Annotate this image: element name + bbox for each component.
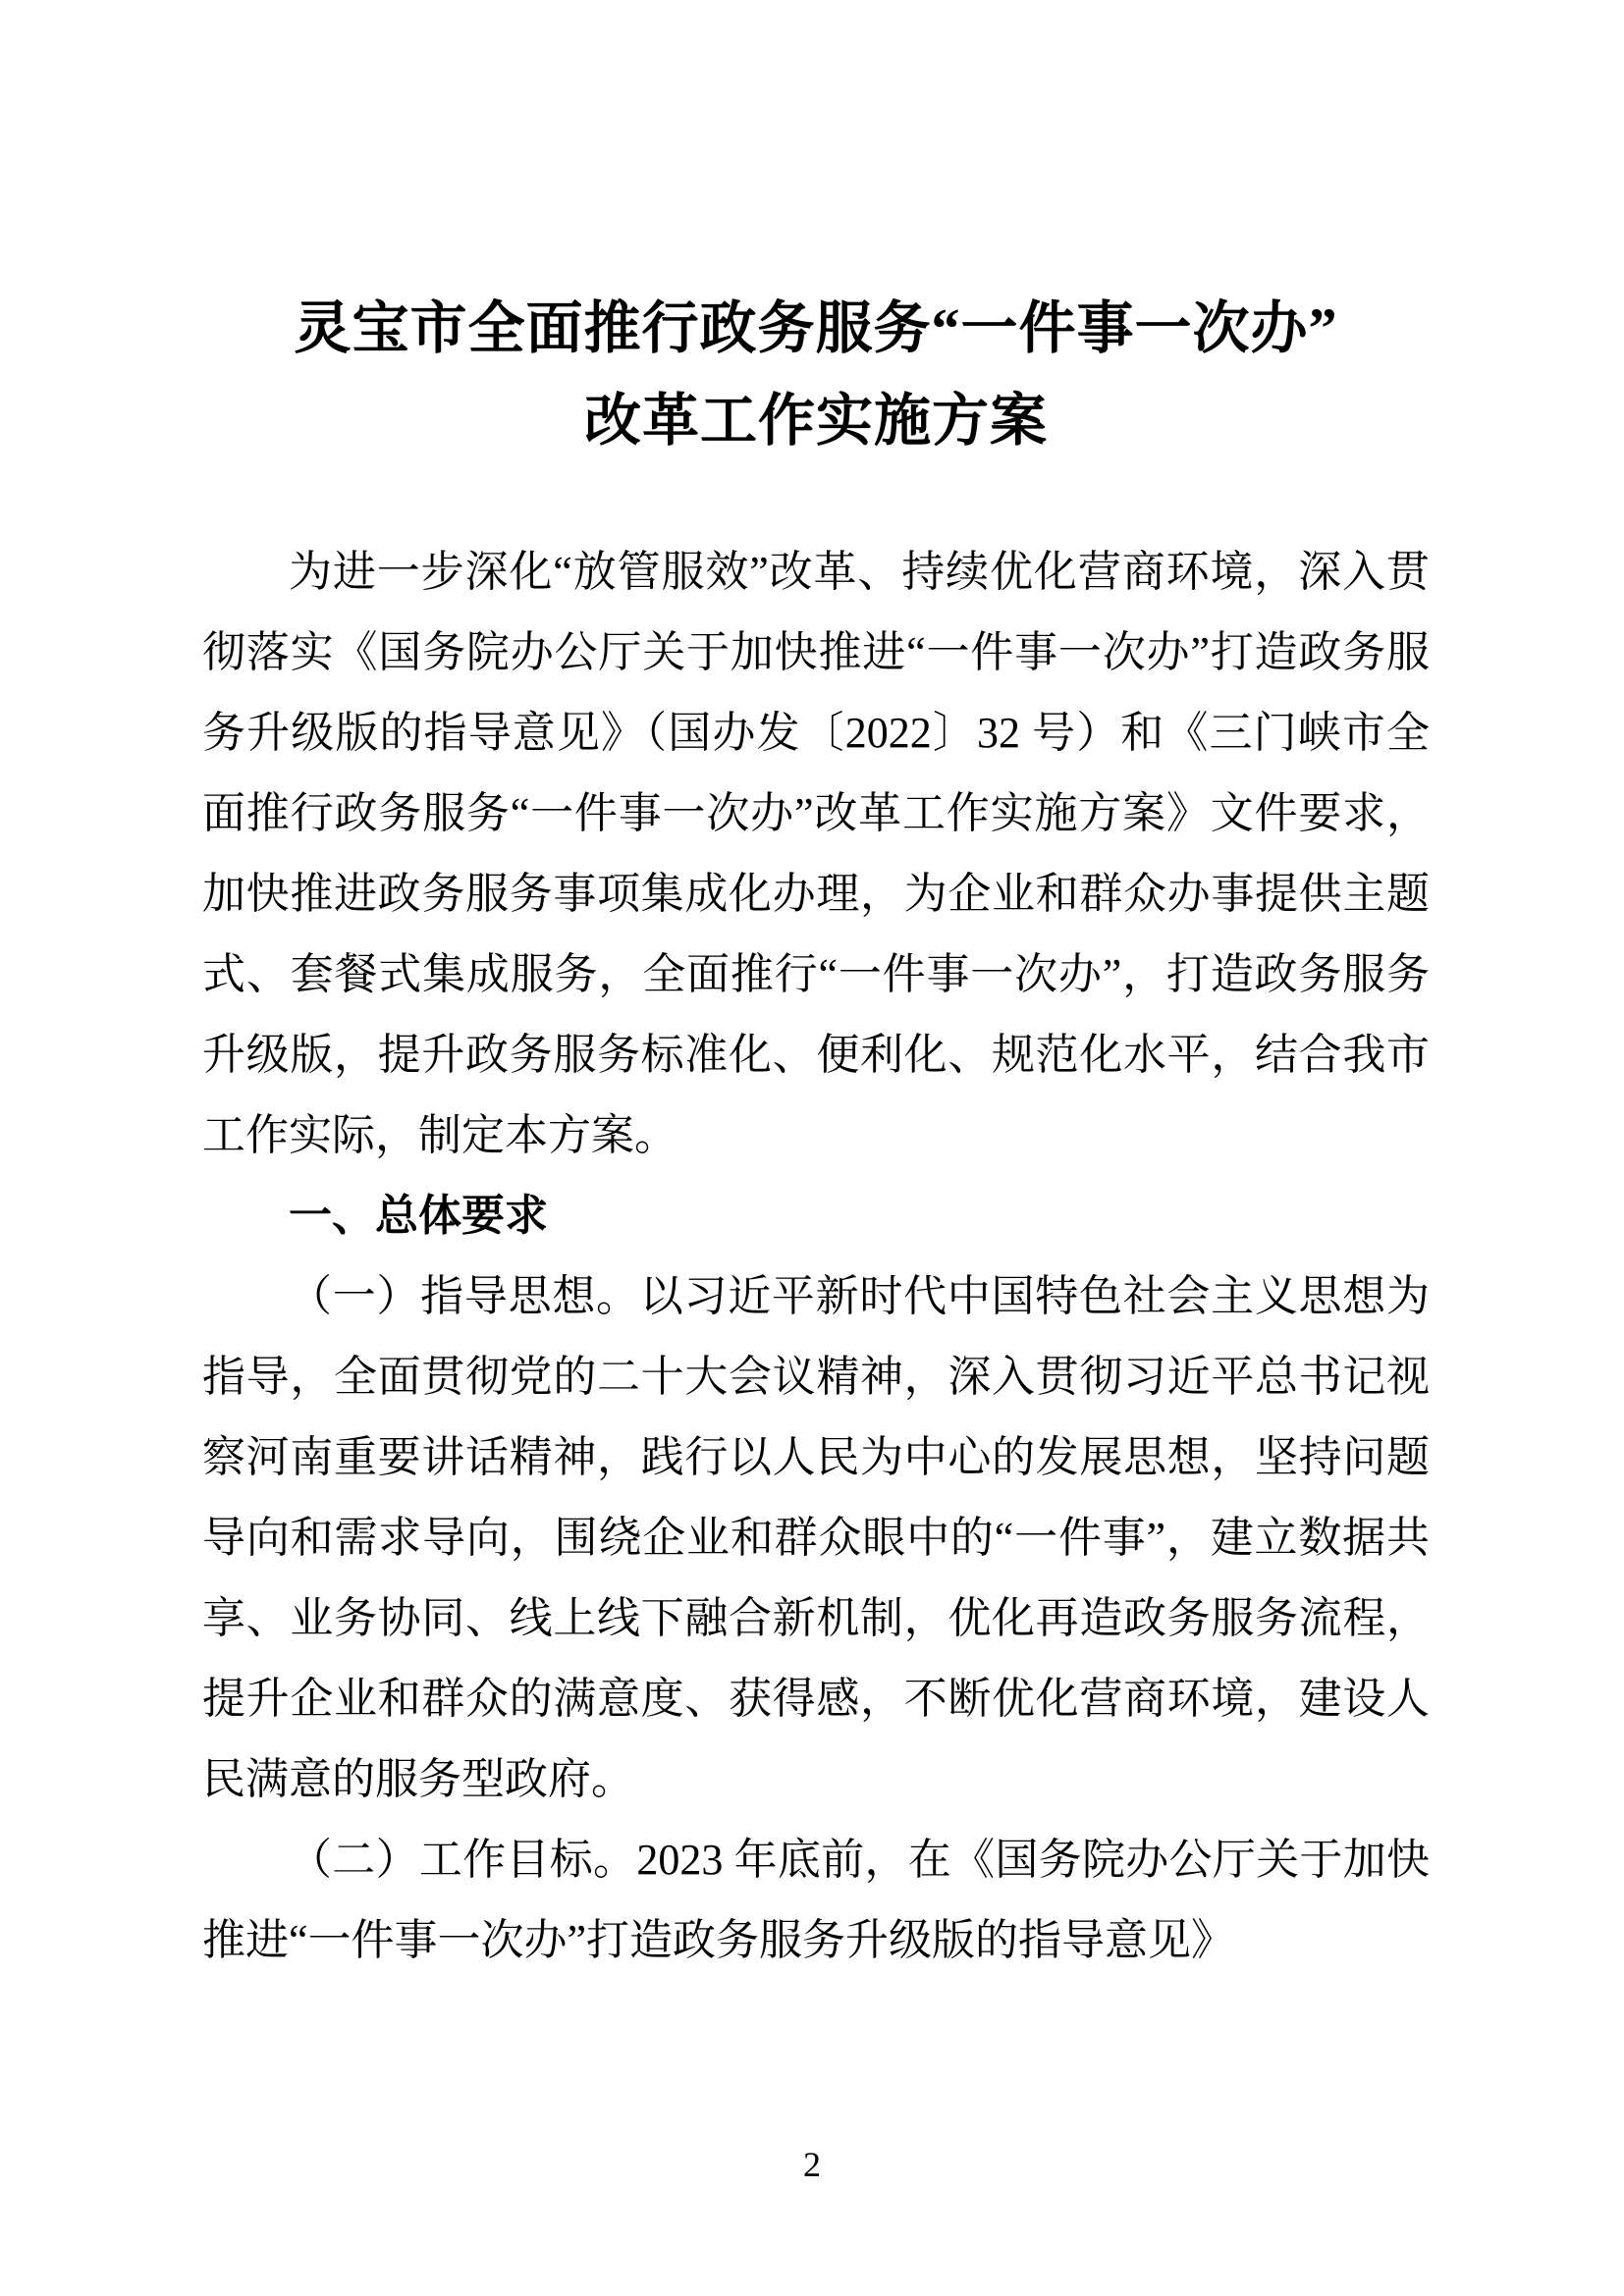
page-number: 2 — [0, 2143, 1624, 2186]
paragraph-guiding-ideology: （一）指导思想。以习近平新时代中国特色社会主义思想为指导，全面贯彻党的二十大会议… — [202, 1256, 1430, 1820]
document-content: 灵宝市全面推行政务服务“一件事一次办” 改革工作实施方案 为进一步深化“放管服效… — [0, 283, 1624, 1981]
heading-general-requirements: 一、总体要求 — [202, 1176, 1430, 1256]
paragraph-intro: 为进一步深化“放管服效”改革、持续优化营商环境，深入贯彻落实《国务院办公厅关于加… — [202, 532, 1430, 1176]
document-title-line-1: 灵宝市全面推行政务服务“一件事一次办” — [202, 283, 1430, 375]
document-body: 为进一步深化“放管服效”改革、持续优化营商环境，深入贯彻落实《国务院办公厅关于加… — [202, 532, 1430, 1981]
document-page: 灵宝市全面推行政务服务“一件事一次办” 改革工作实施方案 为进一步深化“放管服效… — [0, 0, 1624, 2296]
document-title: 灵宝市全面推行政务服务“一件事一次办” 改革工作实施方案 — [202, 283, 1430, 467]
paragraph-work-goal: （二）工作目标。2023 年底前，在《国务院办公厅关于加快推进“一件事一次办”打… — [202, 1820, 1430, 1981]
document-title-line-2: 改革工作实施方案 — [202, 375, 1430, 467]
